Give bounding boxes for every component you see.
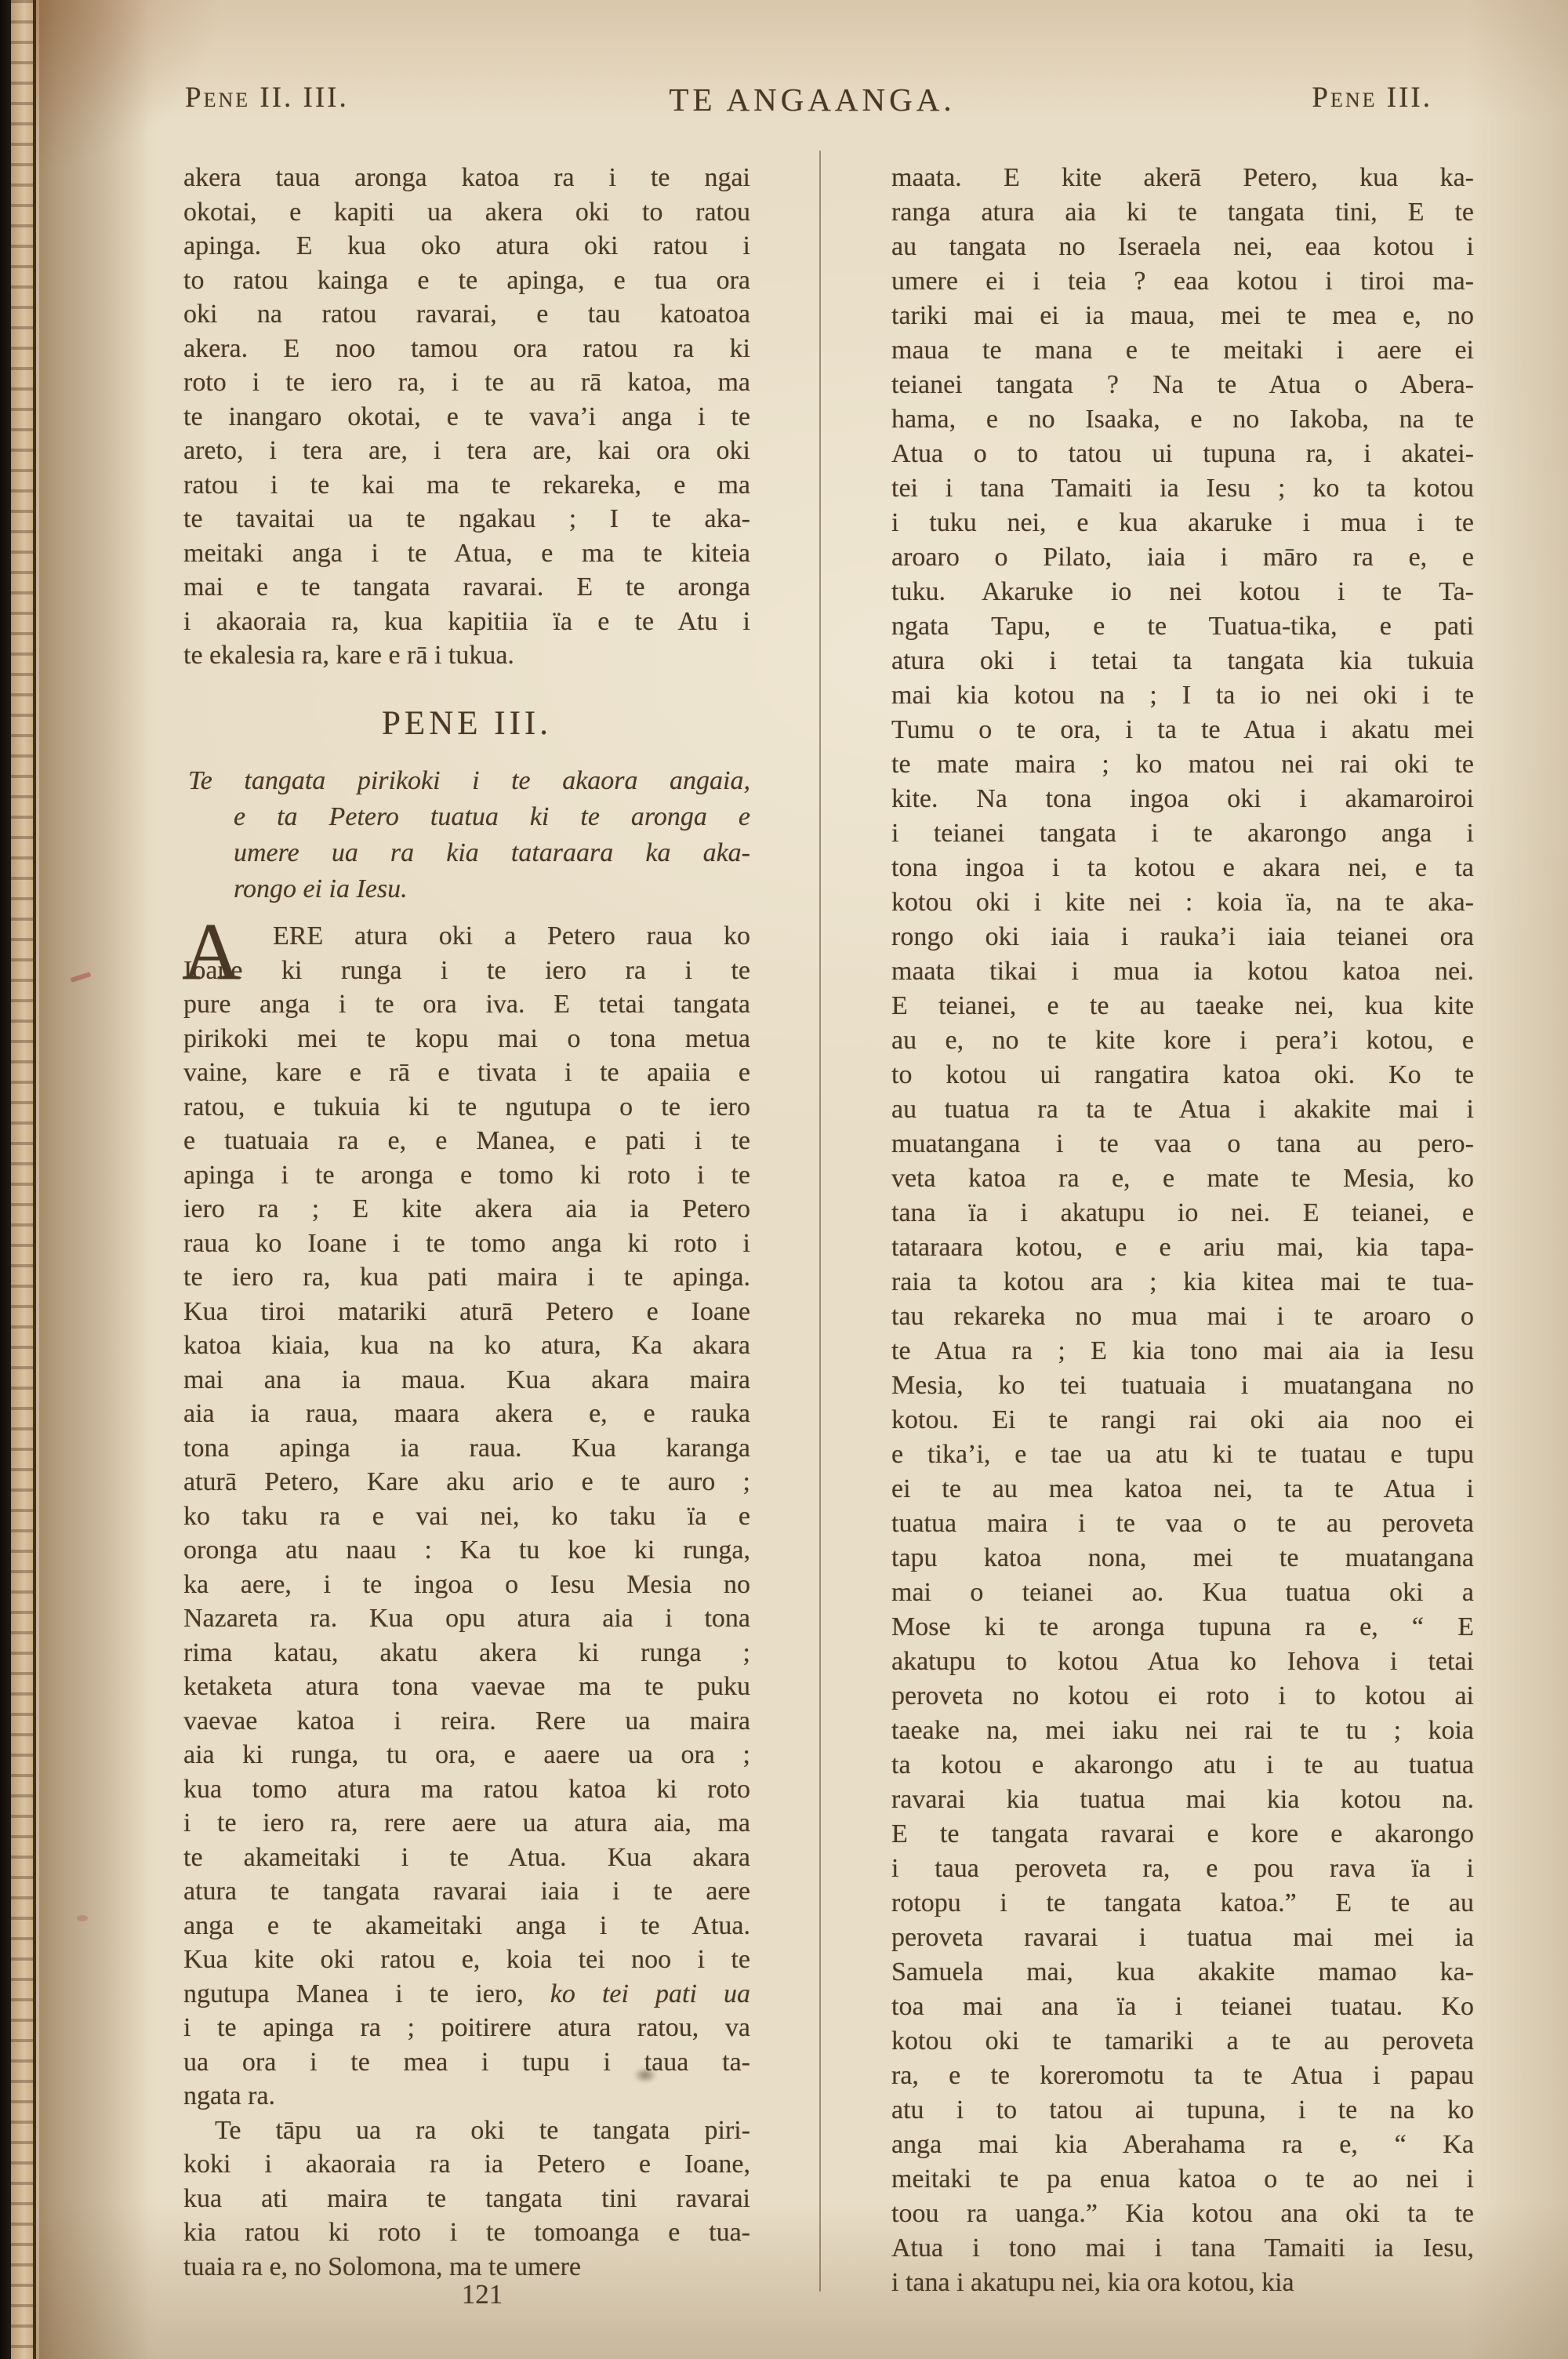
text-line: i te iero ra, rere aere ua atura aia, ma — [183, 1806, 750, 1841]
text-line: tuatua maira i te vaa o te au peroveta — [891, 1507, 1474, 1541]
text-line: Ioane ki runga i te iero ra i te — [183, 954, 750, 988]
text-line: hama, e no Isaaka, e no Iakoba, na te — [891, 402, 1474, 437]
text-line: tariki mai ei ia maua, mei te mea e, no — [891, 299, 1474, 333]
left-column-body: A ERE atura oki a Petero raua ko1Ioane k… — [183, 919, 750, 2284]
text-line: apinga i te aronga e tomo ki roto i te — [183, 1158, 750, 1193]
text-line: tataraara kotou, e e ariu mai, kia tapa- — [891, 1230, 1474, 1265]
text-line: ka aere, i te ingoa o Iesu Mesia no — [183, 1568, 750, 1602]
ink-smudge — [633, 2067, 657, 2083]
text-line: kotou oki i kite nei : koia ïa, na te ak… — [891, 885, 1474, 920]
text-line: vaine, kare e rā e tivata i te apaiia e — [183, 1056, 750, 1090]
text-line: meitaki te pa enua katoa o te ao nei i — [891, 2162, 1474, 2197]
text-line: aia ki runga, tu ora, e aaere ua ora ; — [183, 1738, 750, 1772]
text-line: vaevae katoa i reira. Rere ua maira8 — [183, 1704, 750, 1739]
text-line: aroaro o Pilato, iaia i māro ra e, e — [891, 540, 1474, 575]
text-line: pure anga i te ora iva. E tetai tangata2 — [183, 987, 750, 1022]
header-chapter-left: Pene II. III. — [185, 81, 349, 114]
text-line: kotou oki te tamariki a te au peroveta — [891, 2024, 1474, 2059]
text-line: Kua kite oki ratou e, koia tei noo i te1… — [183, 1943, 750, 1977]
text-line: raia ta kotou ara ; kia kitea mai te tua… — [891, 1265, 1474, 1299]
text-line: te Atua ra ; E kia tono mai aia ia Iesu2… — [891, 1334, 1474, 1369]
text-line: Atua i tono mai i tana Tamaiti ia Iesu, — [891, 2231, 1474, 2266]
text-line: ratou i te kai ma te rekareka, e ma — [183, 468, 750, 503]
text-line: E te tangata ravarai e kore e akarongo23 — [891, 1817, 1474, 1852]
text-line: apinga. E kua oko atura oki ratou i45 — [183, 229, 750, 264]
text-line: te ekalesia ra, kare e rā i tukua. — [183, 638, 750, 673]
text-line: i akaoraia ra, kua kapitiia ïa e te Atu … — [183, 605, 750, 639]
text-line: i tana i akatupu nei, kia ora kotou, kia — [891, 2266, 1474, 2300]
text-line: umere ei i teia ? eaa kotou i tiroi ma- — [891, 264, 1474, 299]
facing-page-edge — [11, 0, 36, 2359]
text-line: akera taua aronga katoa ra i te ngai — [183, 161, 750, 195]
text-line: taeake na, mei iaku nei rai te tu ; koia — [891, 1714, 1474, 1748]
text-line: katoa kiaia, kua na ko atura, Ka akara — [183, 1329, 750, 1363]
text-line: au tuatua ra ta te Atua i akakite mai i — [891, 1092, 1474, 1127]
text-line: rongo ei ia Iesu. — [183, 871, 750, 907]
text-line: te tavaitai ua te ngakau ; I te aka-47 — [183, 502, 750, 536]
text-line: i tuku nei, e kua akaruke i mua i te — [891, 506, 1474, 540]
text-line: tona ingoa i ta kotou e akara nei, e ta — [891, 851, 1474, 885]
text-line: rotopu i te tangata katoa.” E te au24 — [891, 1886, 1474, 1921]
text-line: okotai, e kapiti ua akera oki to ratou — [183, 195, 750, 230]
text-line: ko taku ra e vai nei, ko taku ïa e — [183, 1499, 750, 1534]
text-line: teianei tangata ? Na te Atua o Abera-13 — [891, 368, 1474, 402]
text-line: ketaketa atura tona vaevae ma te puku — [183, 1670, 750, 1704]
text-line: i te apinga ra ; poitirere atura ratou, … — [183, 2011, 750, 2045]
text-line: iero ra ; E kite akera aia ia Petero3 — [183, 1192, 750, 1227]
text-line: i teianei tangata i te akarongo anga i — [891, 816, 1474, 851]
text-line: akatupu to kotou Atua ko Iehova i tetai — [891, 1645, 1474, 1679]
right-column: maata. E kite akerā Petero, kua ka-12ran… — [891, 161, 1474, 2300]
text-line: veta katoa ra e, e mate te Mesia, ko — [891, 1161, 1474, 1196]
text-line: E teianei, e te au taeake nei, kua kite1… — [891, 989, 1474, 1023]
text-line: Atua o to tatou ui tupuna ra, i akatei- — [891, 437, 1474, 471]
text-line: mai kia kotou na ; I ta io nei oki i te1… — [891, 678, 1474, 713]
text-line: ta kotou e akarongo atu i te au tuatua — [891, 1748, 1474, 1783]
text-line: toa mai ana ïa i teianei tuatau. Ko25 — [891, 1990, 1474, 2024]
text-line: rongo oki iaia i rauka’i iaia teianei or… — [891, 920, 1474, 954]
text-line: to ratou kainga e te apinga, e tua ora — [183, 264, 750, 298]
text-line: ua ora i te mea i tupu i taua ta- — [183, 2045, 750, 2080]
text-line: mai ana ia maua. Kua akara maira5 — [183, 1363, 750, 1398]
text-line: kia ratou ki roto i te tomoanga e tua- — [183, 2215, 750, 2250]
text-line: koki i akaoraia ra ia Petero e Ioane, — [183, 2147, 750, 2182]
text-line: tuku. Akaruke io nei kotou i te Ta-14 — [891, 575, 1474, 609]
text-line: ERE atura oki a Petero raua ko1 — [183, 919, 750, 954]
text-line: kotou. Ei te rangi rai oki aia noo ei21 — [891, 1403, 1474, 1438]
left-column-upper: akera taua aronga katoa ra i te ngaiokot… — [183, 161, 750, 673]
text-line: atu i to tatou ai tupuna, i te na ko — [891, 2093, 1474, 2128]
text-line: ngata ra. — [183, 2079, 750, 2114]
chapter-heading: PENE III. — [183, 704, 750, 743]
text-line: Mose ki te aronga tupuna ra e, “ E — [891, 1610, 1474, 1645]
text-line: tapu katoa nona, mei te muatangana — [891, 1541, 1474, 1576]
text-line: atura te tangata ravarai iaia i te aere — [183, 1874, 750, 1909]
text-line: akera. E noo tamou ora ratou ra ki46 — [183, 332, 750, 366]
text-line: Te tāpu ua ra oki te tangata piri-11 — [183, 2114, 750, 2148]
text-line: kite. Na tona ingoa oki i akamaroiroi16 — [891, 782, 1474, 816]
text-line: tana ïa i akatupu io nei. E teianei, e19 — [891, 1196, 1474, 1230]
page-number: 121 — [447, 2279, 517, 2310]
text-line: e tuatuaia ra e, e Manea, e pati i te — [183, 1124, 750, 1158]
text-line: e ta Petero tuatua ki te aronga e — [183, 799, 750, 835]
running-title: TE ANGAANGA. — [669, 81, 955, 118]
text-line: ei te au mea katoa nei, ta te Atua i — [891, 1472, 1474, 1507]
text-line: peroveta no kotou ei roto i to kotou ai — [891, 1679, 1474, 1714]
text-line: maua te mana e te meitaki i aere ei — [891, 333, 1474, 368]
text-line: ra, e te koreromotu ta te Atua i papau — [891, 2059, 1474, 2093]
text-line: anga e te akameitaki anga i te Atua. — [183, 1909, 750, 1943]
text-line: to kotou ui rangatira katoa oki. Ko te18 — [891, 1058, 1474, 1092]
text-line: tona apinga ia raua. Kua karanga6 — [183, 1431, 750, 1466]
book-spine-gutter — [0, 0, 11, 2359]
text-line: peroveta ravarai i tuatua mai mei ia — [891, 1921, 1474, 1955]
text-line: Te tangata pirikoki i te akaora angaia, — [183, 763, 750, 799]
text-line: umere ua ra kia tataraara ka aka- — [183, 835, 750, 871]
text-line: oki na ratou ravarai, e tau katoatoa — [183, 297, 750, 332]
text-line: tau rekareka no mua mai i te aroaro o — [891, 1299, 1474, 1334]
chapter-summary: Te tangata pirikoki i te akaora angaia,e… — [183, 763, 750, 907]
text-line: atura oki i tetai ta tangata kia tukuia — [891, 644, 1474, 678]
text-line: aturā Petero, Kare aku ario e te auro ; — [183, 1465, 750, 1499]
text-line: roto i te iero ra, i te au rā katoa, ma — [183, 365, 750, 400]
text-line: areto, i tera are, i tera are, kai ora o… — [183, 434, 750, 468]
text-line: e tika’i, e tae ua atu ki te tuatau e tu… — [891, 1438, 1474, 1472]
text-line: i taua peroveta ra, e pou rava ïa i — [891, 1852, 1474, 1886]
text-line: tei i tana Tamaiti ia Iesu ; ko ta kotou — [891, 471, 1474, 506]
text-line: ngata Tapu, e te Tuatua-tika, e pati — [891, 609, 1474, 644]
text-line: kua ati maira te tangata tini ravarai — [183, 2182, 750, 2216]
text-line: Samuela mai, kua akakite mamao ka- — [891, 1955, 1474, 1990]
text-line: raua ko Ioane i te tomo anga ki roto i — [183, 1227, 750, 1261]
text-line: toou ra uanga.” Kia kotou ana oki ta te2… — [891, 2197, 1474, 2231]
text-line: au tangata no Iseraela nei, eaa kotou i — [891, 230, 1474, 264]
text-line: Kua tiroi matariki aturā Petero e Ioane4 — [183, 1295, 750, 1329]
text-line: mai e te tangata ravarai. E te aronga — [183, 570, 750, 605]
text-line: Tumu o te ora, i ta te Atua i akatu mei — [891, 713, 1474, 747]
text-line: ravarai kia tuatua mai kia kotou na. — [891, 1783, 1474, 1817]
text-line: kua tomo atura ma ratou katoa ki roto — [183, 1772, 750, 1807]
text-line: te iero ra, kua pati maira i te apinga. — [183, 1260, 750, 1295]
text-line: mai o teianei ao. Kua tuatua oki a22 — [891, 1576, 1474, 1610]
text-line: ranga atura aia ki te tangata tini, E te — [891, 195, 1474, 230]
text-line: Nazareta ra. Kua opu atura aia i tona7 — [183, 1601, 750, 1636]
text-line: te inangaro okotai, e te vava’i anga i t… — [183, 400, 750, 434]
text-line: aia ia raua, maara akera e, e rauka — [183, 1397, 750, 1431]
header-chapter-right: Pene III. — [1312, 81, 1432, 114]
text-line: ngutupa Manea i te iero, ko tei pati ua — [183, 1977, 750, 2012]
text-line: anga mai kia Aberahama ra e, “ Ka — [891, 2128, 1474, 2162]
text-line: Mesia, ko tei tuatuaia i muatangana no — [891, 1369, 1474, 1403]
column-divider-rule — [819, 151, 821, 2292]
text-line: oronga atu naau : Ka tu koe ki runga, — [183, 1533, 750, 1568]
text-line: maata tikai i mua ia kotou katoa nei. — [891, 954, 1474, 989]
book-page: Pene II. III. TE ANGAANGA. Pene III. ake… — [9, 0, 1568, 2359]
text-line: au e, no te kite kore i pera’i kotou, e — [891, 1023, 1474, 1058]
text-line: te akameitaki i te Atua. Kua akara9 — [183, 1841, 750, 1875]
text-line: pirikoki mei te kopu mai o tona metua — [183, 1022, 750, 1056]
text-line: meitaki anga i te Atua, e ma te kiteia — [183, 536, 750, 571]
gutter-shadow — [39, 0, 149, 2359]
text-line: te mate maira ; ko matou nei rai oki te — [891, 747, 1474, 782]
text-line: maata. E kite akerā Petero, kua ka-12 — [891, 161, 1474, 195]
text-line: muatangana i te vaa o tana au pero- — [891, 1127, 1474, 1161]
text-line: rima katau, akatu akera ki runga ; — [183, 1636, 750, 1670]
text-line: ratou, e tukuia ki te ngutupa o te iero — [183, 1090, 750, 1125]
